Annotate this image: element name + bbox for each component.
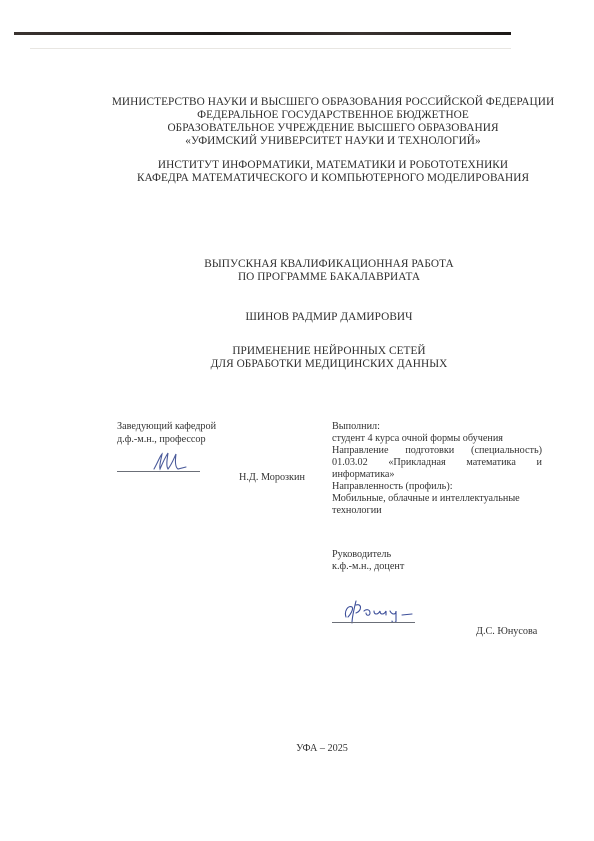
thesis-title-line: ПРИМЕНЕНИЕ НЕЙРОННЫХ СЕТЕЙ [32, 345, 594, 358]
work-type-line: ПО ПРОГРАММЕ БАКАЛАВРИАТА [32, 271, 594, 284]
ministry-header: МИНИСТЕРСТВО НАУКИ И ВЫСШЕГО ОБРАЗОВАНИЯ… [36, 96, 594, 148]
ministry-line: ОБРАЗОВАТЕЛЬНОЕ УЧРЕЖДЕНИЕ ВЫСШЕГО ОБРАЗ… [36, 122, 594, 135]
performer-label: Выполнил: [332, 421, 542, 433]
scan-edge-line [30, 48, 511, 49]
direction-name-part: математика [466, 457, 515, 469]
ministry-line: ФЕДЕРАЛЬНОЕ ГОСУДАРСТВЕННОЕ БЮДЖЕТНОЕ [36, 109, 594, 122]
institute-header: ИНСТИТУТ ИНФОРМАТИКИ, МАТЕМАТИКИ И РОБОТ… [36, 159, 594, 185]
institute-name: ИНСТИТУТ ИНФОРМАТИКИ, МАТЕМАТИКИ И РОБОТ… [36, 159, 594, 172]
direction-label: Направление подготовки (специальность) [332, 445, 542, 457]
ministry-line: МИНИСТЕРСТВО НАУКИ И ВЫСШЕГО ОБРАЗОВАНИЯ… [36, 96, 594, 109]
university-name: «УФИМСКИЙ УНИВЕРСИТЕТ НАУКИ И ТЕХНОЛОГИЙ… [36, 135, 594, 148]
work-type-line: ВЫПУСКНАЯ КВАЛИФИКАЦИОННАЯ РАБОТА [32, 258, 594, 271]
supervisor-role: Руководитель [332, 549, 404, 561]
performer-block: Выполнил: студент 4 курса очной формы об… [332, 421, 542, 517]
supervisor-degree: к.ф.-м.н., доцент [332, 561, 404, 573]
profile-label: Направленность (профиль): [332, 481, 542, 493]
head-signature-line [117, 471, 200, 472]
direction-name-part: «Прикладная [388, 457, 445, 469]
author-name-text: ШИНОВ РАДМИР ДАМИРОВИЧ [32, 311, 594, 324]
direction-code: 01.03.02 [332, 457, 368, 469]
head-of-department-block: Заведующий кафедрой д.ф.-м.н., профессор [117, 421, 327, 446]
head-role: Заведующий кафедрой [117, 421, 327, 434]
author-name: ШИНОВ РАДМИР ДАМИРОВИЧ [32, 311, 594, 324]
head-signature-icon [150, 450, 190, 472]
supervisor-signature-icon [340, 597, 420, 625]
direction-code-line: 01.03.02 «Прикладная математика и [332, 457, 542, 469]
performer-student: студент 4 курса очной формы обучения [332, 433, 542, 445]
work-type: ВЫПУСКНАЯ КВАЛИФИКАЦИОННАЯ РАБОТА ПО ПРО… [32, 258, 594, 284]
head-name: Н.Д. Морозкин [239, 472, 305, 483]
supervisor-signature-line [332, 622, 415, 623]
thesis-title: ПРИМЕНЕНИЕ НЕЙРОННЫХ СЕТЕЙ ДЛЯ ОБРАБОТКИ… [32, 345, 594, 371]
scan-top-border [14, 32, 511, 35]
profile-line: Мобильные, облачные и интеллектуальные [332, 493, 542, 505]
head-degree: д.ф.-м.н., профессор [117, 434, 327, 447]
city-year: УФА – 2025 [0, 743, 594, 754]
department-name: КАФЕДРА МАТЕМАТИЧЕСКОГО И КОМПЬЮТЕРНОГО … [36, 172, 594, 185]
supervisor-block: Руководитель к.ф.-м.н., доцент [332, 549, 404, 573]
profile-line: технологии [332, 505, 542, 517]
direction-name-end: информатика» [332, 469, 542, 481]
direction-name-part: и [537, 457, 542, 469]
supervisor-name: Д.С. Юнусова [476, 626, 537, 637]
thesis-title-line: ДЛЯ ОБРАБОТКИ МЕДИЦИНСКИХ ДАННЫХ [32, 358, 594, 371]
